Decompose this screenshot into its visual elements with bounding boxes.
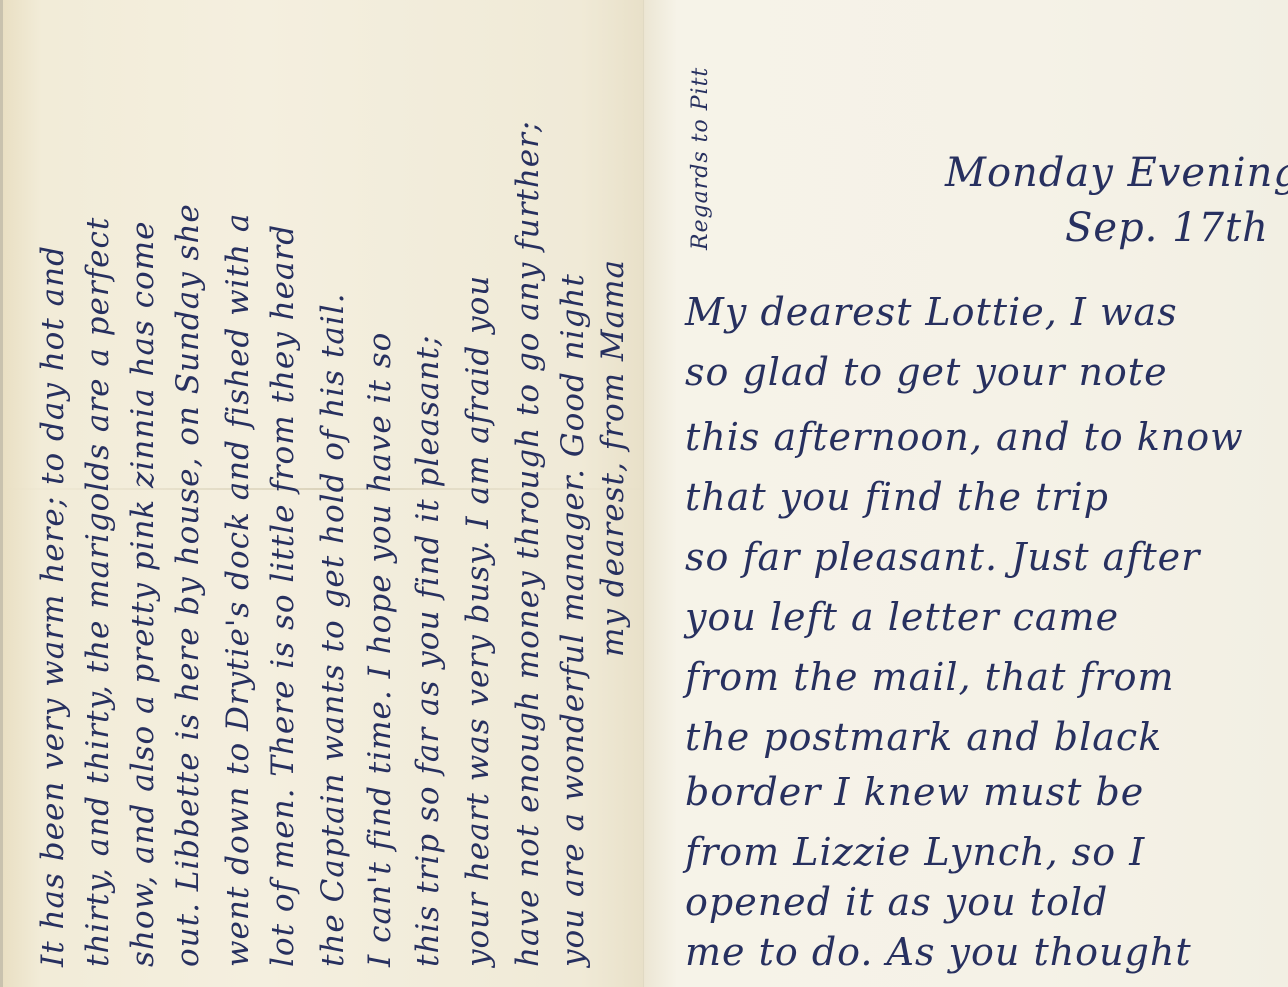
heading-date: Sep. 17th <box>1065 205 1269 251</box>
left-line-10: your heart was very busy. I am afraid yo… <box>458 7 498 967</box>
left-line-3: show, and also a pretty pink zinnia has … <box>123 7 163 967</box>
body-line-1: My dearest Lottie, I was <box>685 290 1178 334</box>
left-page: It has been very warm here; to day hot a… <box>0 0 645 987</box>
heading-day: Monday Evening <box>945 150 1288 196</box>
body-line-5: so far pleasant. Just after <box>685 535 1200 579</box>
left-line-8: I can't find time. I hope you have it so <box>360 7 400 967</box>
body-line-8: the postmark and black <box>685 715 1162 759</box>
margin-note: Regards to Pitt <box>688 67 713 250</box>
body-line-3: this afternoon, and to know <box>685 415 1244 459</box>
body-line-6: you left a letter came <box>685 595 1119 639</box>
body-line-10: from Lizzie Lynch, so I <box>685 830 1145 874</box>
body-line-4: that you find the trip <box>685 475 1109 519</box>
left-line-7: the Captain wants to get hold of his tai… <box>313 7 353 967</box>
body-line-7: from the mail, that from <box>685 655 1175 699</box>
left-line-12: you are a wonderful manager. Good night <box>553 7 593 967</box>
body-line-9: border I knew must be <box>685 770 1144 814</box>
body-line-12: me to do. As you thought <box>685 930 1192 974</box>
left-line-11: have not enough money through to go any … <box>508 7 548 967</box>
body-line-11: opened it as you told <box>685 880 1108 924</box>
left-line-5: went down to Drytie's dock and fished wi… <box>218 7 258 967</box>
left-line-6: lot of men. There is so little from they… <box>263 7 303 967</box>
left-line-4: out. Libbette is here by house, on Sunda… <box>168 7 208 967</box>
body-line-2: so glad to get your note <box>685 350 1168 394</box>
letter-scan: It has been very warm here; to day hot a… <box>0 0 1288 987</box>
left-line-2: thirty, and thirty, the marigolds are a … <box>78 7 118 967</box>
left-line-9: this trip so far as you find it pleasant… <box>408 7 448 967</box>
left-line-1: It has been very warm here; to day hot a… <box>33 7 73 967</box>
left-line-13: my dearest, from Mama <box>593 0 633 657</box>
right-page: Monday Evening Sep. 17th My dearest Lott… <box>645 0 1288 987</box>
